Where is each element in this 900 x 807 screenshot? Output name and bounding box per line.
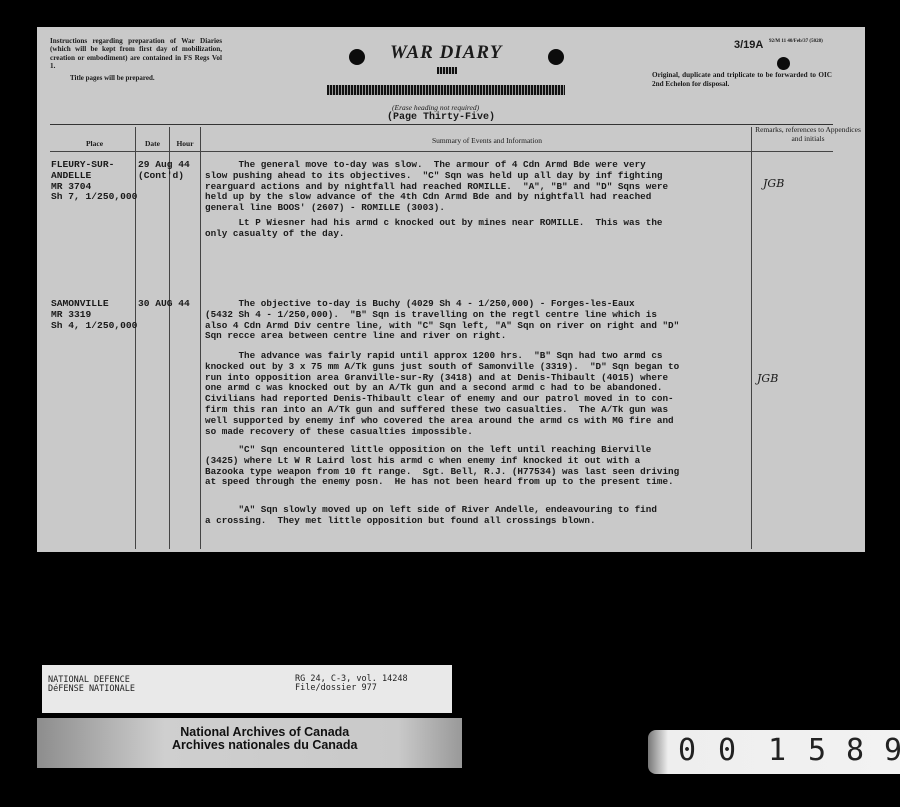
header-rule [50,124,833,125]
column-header-date: Date [136,139,169,148]
column-divider [169,127,170,549]
instructions-note: Instructions regarding preparation of Wa… [50,37,222,71]
entry-date: 30 AUG 44 [138,299,190,310]
counter-digit: 0 [718,733,736,768]
column-header-hour: Hour [170,139,200,148]
archives-name-fr: Archives nationales du Canada [172,739,357,752]
entry-paragraph: "C" Sqn encountered little opposition on… [205,445,679,488]
column-divider [200,127,201,549]
file-ref: File/dossier 977 [295,684,408,693]
counter-digit: 5 [808,733,826,768]
column-divider [751,127,752,549]
frame-counter: 0 0 1 5 8 9 [648,730,900,774]
entry-paragraph: The advance was fairly rapid until appro… [205,351,679,437]
entry-paragraph: Lt P Wiesner had his armd c knocked out … [205,218,662,240]
punch-hole-icon [349,49,365,65]
page-number: (Page Thirty-Five) [387,112,495,123]
page-title: WAR DIARY [390,42,502,64]
struck-heading [327,85,565,95]
column-header-place: Place [57,139,132,148]
distribution-note: Original, duplicate and triplicate to be… [652,71,832,88]
entry-place: FLEURY-SUR- ANDELLE MR 3704 Sh 7, 1/250,… [51,160,137,203]
counter-digit: 9 [884,733,900,768]
archives-banner: National Archives of Canada Archives nat… [37,718,462,768]
form-sub-number: 92/M 11 40/Feb/37 (5028) [769,39,829,44]
archive-label: NATIONAL DEFENCE DéFENSE NATIONALE RG 24… [42,665,452,713]
erase-note: (Erase heading not required) [392,103,479,112]
department-fr: DéFENSE NATIONALE [48,685,135,694]
form-number: 3/19A [734,39,763,51]
ink-blot-icon [777,57,790,70]
initials-signature: JGB [757,372,778,385]
title-pages-note: Title pages will be prepared. [70,74,155,82]
war-diary-page: Instructions regarding preparation of Wa… [37,27,865,552]
struck-heading [437,67,457,74]
entry-paragraph: The general move to-day was slow. The ar… [205,160,668,214]
column-header-summary: Summary of Events and Information [337,136,637,145]
entry-paragraph: The objective to-day is Buchy (4029 Sh 4… [205,299,679,342]
counter-digit: 0 [678,733,696,768]
entry-place: SAMONVILLE MR 3319 Sh 4, 1/250,000 [51,299,137,331]
entry-date: 29 Aug 44 (Cont'd) [138,160,190,182]
counter-digit: 8 [846,733,864,768]
counter-digit: 1 [768,733,786,768]
initials-signature: JGB [763,177,784,190]
punch-hole-icon [548,49,564,65]
entry-paragraph: "A" Sqn slowly moved up on left side of … [205,505,657,527]
header-rule [50,151,833,152]
column-header-remarks: Remarks, references to Appendices and in… [753,125,863,143]
